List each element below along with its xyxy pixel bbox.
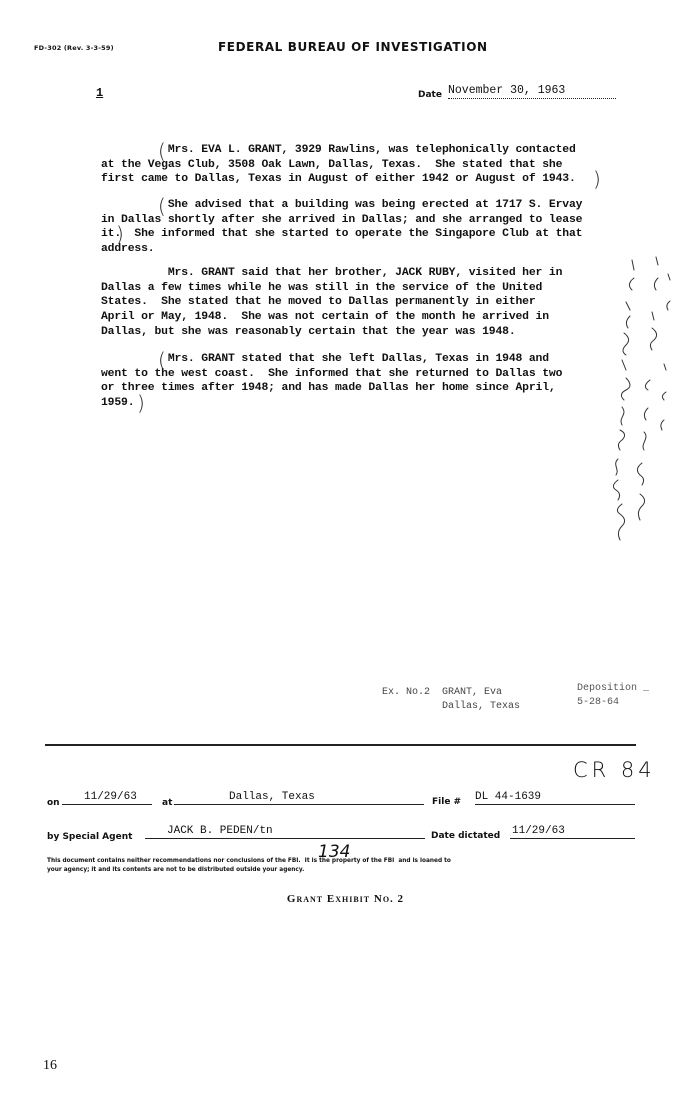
paragraph-line: Mrs. EVA L. GRANT, 3929 Rawlins, was tel…	[101, 143, 576, 158]
paragraph-line: went to the west coast. She informed tha…	[101, 367, 562, 382]
bracket-close-mark: )	[137, 391, 145, 415]
disclaimer-line: your agency; it and its contents are not…	[47, 866, 451, 875]
paragraph-line: Mrs. GRANT said that her brother, JACK R…	[101, 266, 562, 281]
paragraph-line: address.	[101, 242, 582, 257]
paragraph-line: Mrs. GRANT stated that she left Dallas, …	[101, 352, 562, 367]
paragraph-line: it. She informed that she started to ope…	[101, 227, 582, 242]
deposition-stamp: Deposition _5-28-64	[577, 682, 649, 710]
paragraph-2: She advised that a building was being er…	[101, 198, 582, 257]
paragraph-line: She advised that a building was being er…	[101, 198, 582, 213]
form-code: FD-302 (Rev. 3-3-59)	[34, 44, 114, 52]
paragraph-line: 1959.	[101, 396, 562, 411]
agent-value: JACK B. PEDEN/tn	[145, 825, 425, 839]
dictated-label: Date dictated	[431, 831, 500, 841]
location-value: Dallas, Texas	[174, 791, 424, 805]
handwritten-cr-number: CR 84	[573, 758, 656, 782]
deposition-stamp-line: Deposition _	[577, 682, 649, 696]
bracket-open-mark: (	[158, 139, 166, 163]
deposition-stamp-line: 5-28-64	[577, 696, 649, 710]
exhibit-caption: Grant Exhibit No. 2	[0, 893, 691, 905]
date-value: November 30, 1963	[448, 84, 616, 99]
paragraph-4: Mrs. GRANT stated that she left Dallas, …	[101, 352, 562, 411]
paragraph-line: or three times after 1948; and has made …	[101, 381, 562, 396]
date-label: Date	[418, 90, 442, 100]
disclaimer: This document contains neither recommend…	[47, 857, 451, 875]
disclaimer-line: This document contains neither recommend…	[47, 857, 451, 866]
paragraph-3: Mrs. GRANT said that her brother, JACK R…	[101, 266, 562, 340]
dictated-date-value: 11/29/63	[510, 825, 635, 839]
paragraph-line: Dallas, but she was reasonably certain t…	[101, 325, 562, 340]
exhibit-stamp: Ex. No.2 GRANT, Eva Dallas, Texas	[382, 686, 520, 714]
at-label: at	[162, 798, 172, 808]
paragraph-1: Mrs. EVA L. GRANT, 3929 Rawlins, was tel…	[101, 143, 576, 187]
paragraph-line: Dallas a few times while he was still in…	[101, 281, 562, 296]
agency-header: FEDERAL BUREAU OF INVESTIGATION	[218, 40, 488, 54]
interview-date-value: 11/29/63	[62, 791, 152, 805]
exhibit-stamp-line: Ex. No.2 GRANT, Eva	[382, 686, 520, 700]
page-marker: 1	[96, 86, 103, 100]
page-number: 16	[43, 1058, 57, 1074]
bracket-close-mark: )	[593, 167, 601, 191]
paragraph-line: first came to Dallas, Texas in August of…	[101, 172, 576, 187]
section-divider	[45, 744, 636, 746]
exhibit-stamp-line: Dallas, Texas	[382, 700, 520, 714]
paragraph-line: at the Vegas Club, 3508 Oak Lawn, Dallas…	[101, 158, 576, 173]
file-number-value: DL 44-1639	[475, 791, 635, 805]
on-label: on	[47, 798, 60, 808]
bracket-open-mark: (	[158, 348, 166, 372]
paragraph-line: April or May, 1948. She was not certain …	[101, 310, 562, 325]
bracket-close-mark: )	[116, 222, 124, 246]
bracket-open-mark: (	[158, 194, 166, 218]
file-label: File #	[432, 797, 461, 807]
agent-label: by Special Agent	[47, 832, 132, 842]
paragraph-line: States. She stated that he moved to Dall…	[101, 295, 562, 310]
margin-handwriting	[600, 250, 680, 550]
paragraph-line: in Dallas shortly after she arrived in D…	[101, 213, 582, 228]
